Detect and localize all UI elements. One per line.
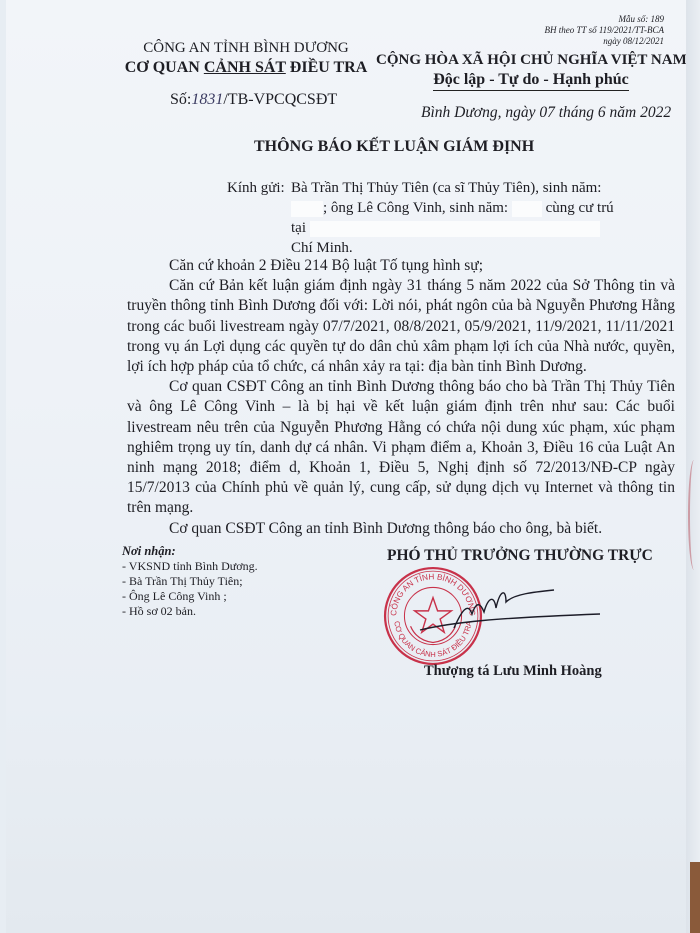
form-note-line: ngày 08/12/2021	[544, 36, 664, 47]
addressee-line: tại	[291, 218, 671, 238]
signer-position: PHÓ THỦ TRƯỞNG THƯỜNG TRỰC	[387, 547, 653, 565]
document-page: Mẫu số: 189 BH theo TT số 119/2021/TT-BC…	[6, 0, 688, 933]
addressee-text: ; ông Lê Công Vinh, sinh năm:	[323, 200, 508, 216]
addressee-line: Bà Trần Thị Thủy Tiên (ca sĩ Thủy Tiên),…	[291, 178, 671, 198]
place-date: Bình Dương, ngày 07 tháng 6 năm 2022	[421, 104, 671, 122]
recipient-item: - Bà Trần Thị Thủy Tiên;	[122, 574, 258, 589]
form-number-note: Mẫu số: 189 BH theo TT số 119/2021/TT-BC…	[544, 14, 664, 47]
agency-header: CÔNG AN TỈNH BÌNH DƯƠNG CƠ QUAN CẢNH SÁT…	[121, 38, 371, 78]
redacted-field	[512, 201, 542, 217]
document-title: THÔNG BÁO KẾT LUẬN GIÁM ĐỊNH	[254, 138, 534, 156]
document-number: Số:1831/TB-VPCQCSĐT	[170, 91, 337, 109]
form-note-line: Mẫu số: 189	[544, 14, 664, 25]
redacted-field	[291, 201, 323, 217]
recipients-title: Nơi nhận:	[122, 544, 258, 559]
partial-seal-icon	[688, 460, 700, 570]
body-paragraph: Căn cứ khoản 2 Điều 214 Bộ luật Tố tụng …	[127, 256, 675, 276]
national-header: CỘNG HÒA XÃ HỘI CHỦ NGHĨA VIỆT NAM Độc l…	[376, 50, 686, 91]
parent-agency: CÔNG AN TỈNH BÌNH DƯƠNG	[121, 38, 371, 58]
addressee-label: Kính gửi:	[227, 178, 285, 198]
signer-name: Thượng tá Lưu Minh Hoàng	[424, 663, 602, 680]
doc-number-label: Số:	[170, 91, 191, 108]
redacted-address	[310, 221, 600, 237]
document-body: Căn cứ khoản 2 Điều 214 Bộ luật Tố tụng …	[127, 256, 675, 539]
addressee-block: Bà Trần Thị Thủy Tiên (ca sĩ Thủy Tiên),…	[291, 178, 671, 258]
handwritten-signature-icon	[414, 580, 604, 640]
agency-name-underlined: CẢNH SÁT	[204, 59, 286, 76]
recipient-item: - VKSND tỉnh Bình Dương.	[122, 559, 258, 574]
doc-number-suffix: /TB-VPCQCSĐT	[223, 91, 337, 108]
body-paragraph: Cơ quan CSĐT Công an tỉnh Bình Dương thô…	[127, 377, 675, 518]
addressee-line: Chí Minh.	[291, 238, 671, 258]
table-surface	[690, 862, 700, 933]
form-note-line: BH theo TT số 119/2021/TT-BCA	[544, 25, 664, 36]
recipient-item: - Ông Lê Công Vinh ;	[122, 589, 258, 604]
doc-number-handwritten: 1831	[191, 91, 223, 108]
addressee-text: tại	[291, 220, 306, 236]
agency-name: CƠ QUAN CẢNH SÁT ĐIỀU TRA	[121, 58, 371, 78]
addressee-line: ; ông Lê Công Vinh, sinh năm: cùng cư tr…	[291, 198, 671, 218]
body-paragraph: Cơ quan CSĐT Công an tỉnh Bình Dương thô…	[127, 519, 675, 539]
recipient-item: - Hồ sơ 02 bản.	[122, 604, 258, 619]
body-paragraph: Căn cứ Bản kết luận giám định ngày 31 th…	[127, 276, 675, 377]
addressee-text: cùng cư trú	[546, 200, 614, 216]
national-motto: Độc lập - Tự do - Hạnh phúc	[433, 70, 629, 91]
agency-name-suffix: ĐIỀU TRA	[286, 59, 368, 76]
agency-name-prefix: CƠ QUAN	[125, 59, 204, 76]
recipients-block: Nơi nhận: - VKSND tỉnh Bình Dương. - Bà …	[122, 544, 258, 619]
country-name: CỘNG HÒA XÃ HỘI CHỦ NGHĨA VIỆT NAM	[376, 50, 686, 70]
